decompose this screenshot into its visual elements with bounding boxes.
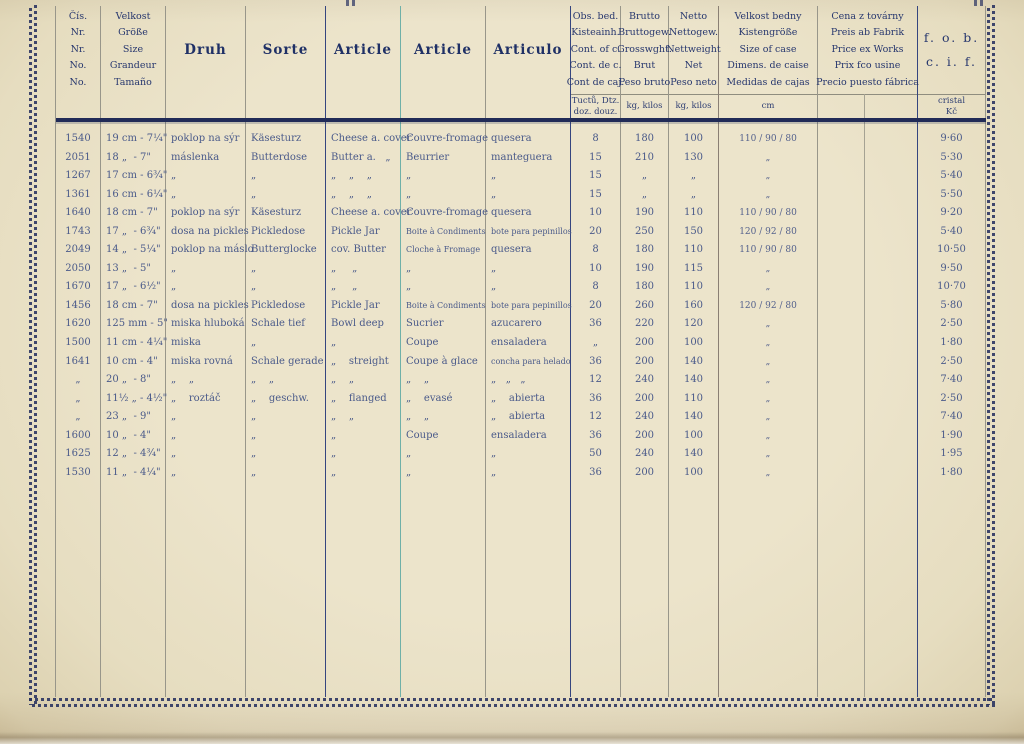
table-cell: quesera [486, 204, 570, 223]
page-bottom-edge [0, 732, 1024, 744]
column-contents: Obs. bed.Kisteainh.Cont. of c.Cont. de c… [571, 6, 621, 697]
header-line: Nr. [71, 42, 86, 59]
table-cell: 36 [571, 390, 620, 409]
table-cell: „ [486, 260, 570, 279]
table-cell: 12 [571, 408, 620, 427]
table-cell: 240 [621, 371, 668, 390]
table-cell: Bowl deep [326, 315, 400, 334]
table-cell: 1·95 [918, 445, 985, 464]
header-line: Nr. [71, 25, 86, 42]
table-cell: 20 „ - 8" [101, 371, 165, 390]
header-line: Articulo [493, 42, 562, 59]
table-cell: 7·40 [918, 371, 985, 390]
table-cell: 110 / 90 / 80 [719, 241, 817, 260]
table-cell: 10·70 [918, 278, 985, 297]
table-cell: quesera [486, 241, 570, 260]
table-cell: „ „ [246, 371, 325, 390]
header-contents: Obs. bed.Kisteainh.Cont. of c.Cont. de c… [571, 6, 620, 94]
table-cell: miska rovná [166, 353, 245, 372]
table-cell: „ [719, 371, 817, 390]
table-cell: „ [166, 186, 245, 205]
table-cell: Cheese a. cover [326, 130, 400, 149]
table-cell: cov. Butter [326, 241, 400, 260]
table-cell: „ [401, 464, 485, 483]
table-cell: „ [166, 445, 245, 464]
table-cell: 140 [669, 371, 718, 390]
table-cell: 1625 [56, 445, 100, 464]
table-cell: Schale tief [246, 315, 325, 334]
table-cell: 1500 [56, 334, 100, 353]
subheader-contents: Tuctů, Dtz. doz. douz. [571, 94, 620, 118]
table-cell: „ [621, 167, 668, 186]
price-column-inner-divider [864, 94, 865, 697]
table-cell: dosa na pickles [166, 223, 245, 242]
subheader-size [101, 94, 165, 118]
table-cell: máslenka [166, 149, 245, 168]
table-cell: „ „ [326, 408, 400, 427]
table-cell: „ [571, 334, 620, 353]
table-cell: Pickle Jar [326, 297, 400, 316]
table-cell: 17 cm - 6¾" [101, 167, 165, 186]
table-cell: „ [401, 260, 485, 279]
header-line: Größe [118, 25, 148, 42]
table-cell: „ [326, 464, 400, 483]
table-cell: 1670 [56, 278, 100, 297]
table-cell: „ abierta [486, 408, 570, 427]
table-cell: Käsesturz [246, 204, 325, 223]
table-cell: 140 [669, 353, 718, 372]
table-cell: 220 [621, 315, 668, 334]
table-cell: „ „ [326, 260, 400, 279]
table-cell [818, 260, 917, 279]
table-cell: 1267 [56, 167, 100, 186]
table-cell: 110 / 90 / 80 [719, 204, 817, 223]
table-cell: „ [246, 464, 325, 483]
column-articulo: Articuloqueseramanteguera„„queserabote p… [486, 6, 571, 697]
table-cell [818, 278, 917, 297]
table-cell: 1456 [56, 297, 100, 316]
table-cell [818, 297, 917, 316]
header-line: Preis ab Fabrik [831, 25, 904, 42]
header-line: Peso bruto [619, 75, 670, 92]
table-cell [818, 149, 917, 168]
table-cell: „ [246, 260, 325, 279]
table-cell [818, 408, 917, 427]
subheader-article-en [326, 94, 400, 118]
table-cell: 50 [571, 445, 620, 464]
table-cell: „ [719, 149, 817, 168]
table-cell: 100 [669, 464, 718, 483]
table-cell: Käsesturz [246, 130, 325, 149]
table-cell: „ [719, 445, 817, 464]
table-cell: 8 [571, 130, 620, 149]
table-cell: 15 [571, 149, 620, 168]
table-cell: 210 [621, 149, 668, 168]
table-cell: Butterdose [246, 149, 325, 168]
table-cell: „ roztáč [166, 390, 245, 409]
header-article-fr: Article [401, 6, 485, 94]
table-cell: „ [719, 167, 817, 186]
table-cell: Coupe à glace [401, 353, 485, 372]
column-cells: queseramanteguera„„queserabote para pepi… [486, 130, 570, 482]
table-cell: 19 cm - 7¼" [101, 130, 165, 149]
table-cell: „ [166, 278, 245, 297]
table-cell: „ „ [326, 371, 400, 390]
header-article-en: Article [326, 6, 400, 94]
column-case-size: Velkost bednyKistengrößeSize of caseDime… [719, 6, 818, 697]
table-cell: 12 „ - 4¾" [101, 445, 165, 464]
table-cell: 5·30 [918, 149, 985, 168]
table-cell: 9·50 [918, 260, 985, 279]
table-cell [818, 371, 917, 390]
table-cell: 250 [621, 223, 668, 242]
header-line: Cont. of c. [571, 42, 621, 59]
table-cell: 110 [669, 204, 718, 223]
table-cell [818, 445, 917, 464]
table-cell: 180 [621, 241, 668, 260]
table-cell: 150 [669, 223, 718, 242]
table-cell: 17 „ - 6¾" [101, 223, 165, 242]
column-cells: KäsesturzButterdose„„KäsesturzPickledose… [246, 130, 325, 482]
header-line: Cont de caj. [567, 75, 625, 92]
subheader-druh [166, 94, 245, 118]
table-cell: „ „ „ [326, 167, 400, 186]
table-cell: 9·60 [918, 130, 985, 149]
table-cell: quesera [486, 130, 570, 149]
table-cell: 190 [621, 260, 668, 279]
table-cell: „ [486, 186, 570, 205]
table-cell: Butter a. „ [326, 149, 400, 168]
table-cell: miska hluboká [166, 315, 245, 334]
table-cell: 140 [669, 445, 718, 464]
table-cell: „ [166, 427, 245, 446]
subheader-brutto: kg, kilos [621, 94, 668, 118]
table-cell: „ [719, 186, 817, 205]
table-cell: „ [401, 445, 485, 464]
table-cell: „ flanged [326, 390, 400, 409]
table-cell: „ [166, 167, 245, 186]
header-price-ex-works: Cena z továrnyPreis ab FabrikPrice ex Wo… [818, 6, 917, 94]
table-cell: 2·50 [918, 315, 985, 334]
header-line: Cont. de c. [569, 58, 621, 75]
table-cell: 115 [669, 260, 718, 279]
header-line: Druh [184, 42, 226, 59]
table-cell: 12 [571, 371, 620, 390]
table-cell: „ „ [401, 371, 485, 390]
header-line: Article [414, 42, 472, 59]
table-cell: 5·50 [918, 186, 985, 205]
table-cell [818, 186, 917, 205]
header-line: Netto [680, 9, 707, 26]
table-cell: 200 [621, 427, 668, 446]
table-cell: 10 [571, 260, 620, 279]
header-line: Precio puesto fábrica [816, 75, 919, 92]
table-cell: „ evasé [401, 390, 485, 409]
table-cell: 190 [621, 204, 668, 223]
table-cell: Coupe [401, 427, 485, 446]
subheader-sorte [246, 94, 325, 118]
table-cell: 8 [571, 241, 620, 260]
header-netto: NettoNettogew.NettweightNetPeso neto [669, 6, 718, 94]
header-line: Brut [634, 58, 655, 75]
table-cell: „ [56, 408, 100, 427]
table-cell: 240 [621, 408, 668, 427]
header-line: c. i. f. [926, 50, 977, 74]
header-line: Cena z továrny [831, 9, 903, 26]
column-cells: 19 cm - 7¼"18 „ - 7"17 cm - 6¾"16 cm - 6… [101, 130, 165, 482]
table-cell: „ [621, 186, 668, 205]
table-cell: 140 [669, 408, 718, 427]
table-cell: „ [326, 334, 400, 353]
table-cell: Pickledose [246, 223, 325, 242]
table-cell: „ [246, 427, 325, 446]
table-cell: 5·80 [918, 297, 985, 316]
table-cell: 200 [621, 390, 668, 409]
table-cell: 18 „ - 7" [101, 149, 165, 168]
column-cells: Couvre-fromageBeurrier„„Couvre-fromageBo… [401, 130, 485, 482]
header-divider-rule [56, 118, 986, 122]
table-cell: 110 [669, 241, 718, 260]
table-cell: 120 / 92 / 80 [719, 223, 817, 242]
subheader-articulo [486, 94, 570, 118]
subheader-number [56, 94, 100, 118]
table-cell: 2050 [56, 260, 100, 279]
table-cell: „ [486, 464, 570, 483]
table-cell: „ „ [166, 371, 245, 390]
table-cell: poklop na sýr [166, 130, 245, 149]
table-cell: „ streight [326, 353, 400, 372]
table-cell: 180 [621, 278, 668, 297]
table-cell: „ [246, 167, 325, 186]
header-articulo: Articulo [486, 6, 570, 94]
table-cell: „ [246, 186, 325, 205]
table-cell: „ [246, 408, 325, 427]
header-number: Čís.Nr.Nr.No.No. [56, 6, 100, 94]
subheader-case-size: cm [719, 94, 817, 118]
column-netto: NettoNettogew.NettweightNetPeso netokg, … [669, 6, 719, 697]
table-cell: 180 [621, 130, 668, 149]
table-cell: „ [719, 427, 817, 446]
subheader-netto: kg, kilos [669, 94, 718, 118]
table-cell: 10 cm - 4" [101, 353, 165, 372]
table-cell: dosa na pickles [166, 297, 245, 316]
table-cell: 100 [669, 334, 718, 353]
header-line: Size [123, 42, 143, 59]
table-cell: 100 [669, 130, 718, 149]
table-cell: 1620 [56, 315, 100, 334]
table-cell: ensaladera [486, 427, 570, 446]
table-cell: 160 [669, 297, 718, 316]
header-line: Sorte [263, 42, 309, 59]
table-cell: 120 / 92 / 80 [719, 297, 817, 316]
table-cell: „ [401, 186, 485, 205]
subheader-price-ex-works [818, 94, 917, 118]
price-list-table: Čís.Nr.Nr.No.No.154020511267136116401743… [55, 6, 986, 697]
stitched-border-right [987, 5, 996, 705]
table-cell: „ [326, 427, 400, 446]
table-cell: 200 [621, 353, 668, 372]
table-cell: „ [401, 278, 485, 297]
table-cell: 200 [621, 464, 668, 483]
table-cell: 110 [669, 278, 718, 297]
table-cell: „ [56, 390, 100, 409]
table-cell: poklop na máslo [166, 241, 245, 260]
column-cells: 9·605·305·405·509·205·4010·509·5010·705·… [918, 130, 985, 482]
table-cell: „ [719, 390, 817, 409]
table-cell: 110 [669, 390, 718, 409]
table-cell: „ „ [326, 278, 400, 297]
table-cell [818, 353, 917, 372]
column-size: VelkostGrößeSizeGrandeurTamaño19 cm - 7¼… [101, 6, 166, 697]
table-cell [818, 241, 917, 260]
header-line: Article [334, 42, 392, 59]
column-cells [818, 130, 917, 482]
table-cell: „ [401, 167, 485, 186]
header-line: Peso neto [670, 75, 716, 92]
table-cell: 1361 [56, 186, 100, 205]
subheader-article-fr [401, 94, 485, 118]
header-line: Grandeur [110, 58, 156, 75]
table-cell: Boite à Condiments [401, 223, 485, 242]
table-cell: 100 [669, 427, 718, 446]
table-cell: „ [166, 408, 245, 427]
column-article-en: ArticleCheese a. coverButter a. „„ „ „„ … [326, 6, 401, 697]
header-line: Bruttogew. [618, 25, 671, 42]
header-line: Čís. [69, 9, 87, 26]
table-cell: poklop na sýr [166, 204, 245, 223]
header-line: Nettogew. [669, 25, 718, 42]
table-cell: azucarero [486, 315, 570, 334]
table-cell: 11 cm - 4¼" [101, 334, 165, 353]
table-cell: 1743 [56, 223, 100, 242]
header-line: Tamaño [114, 75, 152, 92]
table-cell: 20 [571, 297, 620, 316]
table-cell: „ [719, 260, 817, 279]
table-cell: 2·50 [918, 353, 985, 372]
table-cell: 1·90 [918, 427, 985, 446]
table-cell: Coupe [401, 334, 485, 353]
table-cell: 9·20 [918, 204, 985, 223]
table-cell: manteguera [486, 149, 570, 168]
table-cell: 36 [571, 315, 620, 334]
table-cell: 120 [669, 315, 718, 334]
table-cell: „ „ „ [486, 371, 570, 390]
table-cell: „ [719, 353, 817, 372]
header-brutto: BruttoBruttogew.Grosswght.BrutPeso bruto [621, 6, 668, 94]
table-cell: „ geschw. [246, 390, 325, 409]
table-cell: concha para helado [486, 353, 570, 372]
table-cell: Beurrier [401, 149, 485, 168]
table-cell [818, 167, 917, 186]
table-cell: „ [166, 260, 245, 279]
table-cell: 1600 [56, 427, 100, 446]
column-price-ex-works: Cena z továrnyPreis ab FabrikPrice ex Wo… [818, 6, 918, 697]
table-cell: Cheese a. cover [326, 204, 400, 223]
column-cells: 180210„„19025018019018026022020020024020… [621, 130, 668, 482]
column-cells: Cheese a. coverButter a. „„ „ „„ „ „Chee… [326, 130, 400, 482]
table-cell: 7·40 [918, 408, 985, 427]
stitched-border-left [29, 5, 38, 705]
table-cell: „ [486, 278, 570, 297]
table-cell [818, 130, 917, 149]
header-line: Net [685, 58, 703, 75]
table-cell: 16 cm - 6¼" [101, 186, 165, 205]
column-cells: 8151515102081082036„36123612365036 [571, 130, 620, 482]
table-cell: „ [246, 445, 325, 464]
table-cell: miska [166, 334, 245, 353]
header-line: Grosswght. [617, 42, 672, 59]
column-sorte: SorteKäsesturzButterdose„„KäsesturzPickl… [246, 6, 326, 697]
table-cell: „ „ [401, 408, 485, 427]
table-cell: „ [246, 334, 325, 353]
table-cell: 1641 [56, 353, 100, 372]
table-cell: 36 [571, 427, 620, 446]
table-cell: „ abierta [486, 390, 570, 409]
table-cell: Cloche à Fromage [401, 241, 485, 260]
table-cell [818, 223, 917, 242]
table-cell: 240 [621, 445, 668, 464]
table-cell: „ [486, 445, 570, 464]
table-cell: Couvre-fromage [401, 204, 485, 223]
table-cell [818, 427, 917, 446]
header-sorte: Sorte [246, 6, 325, 94]
table-cell: 15 [571, 186, 620, 205]
table-cell: 36 [571, 353, 620, 372]
column-cells: poklop na sýrmáslenka„„poklop na sýrdosa… [166, 130, 245, 482]
table-cell: 15 [571, 167, 620, 186]
column-cells: 100130„„11015011011511016012010014014011… [669, 130, 718, 482]
table-cell: „ [246, 278, 325, 297]
table-cell: 8 [571, 278, 620, 297]
table-cell: ensaladera [486, 334, 570, 353]
table-cell: „ „ „ [326, 186, 400, 205]
column-article-fr: ArticleCouvre-fromageBeurrier„„Couvre-fr… [401, 6, 486, 697]
table-cell: 18 cm - 7" [101, 204, 165, 223]
table-cell: 110 / 90 / 80 [719, 130, 817, 149]
table-cell: 36 [571, 464, 620, 483]
table-cell: Couvre-fromage [401, 130, 485, 149]
table-cell: 20 [571, 223, 620, 242]
table-cell: 10 „ - 4" [101, 427, 165, 446]
table-cell: 1530 [56, 464, 100, 483]
table-cell [818, 390, 917, 409]
column-cells: 110 / 90 / 80„„„110 / 90 / 80120 / 92 / … [719, 130, 817, 482]
stitched-border-bottom [29, 698, 995, 707]
header-line: Kisteainh. [571, 25, 619, 42]
table-cell: „ [719, 315, 817, 334]
header-line: Medidas de cajas [726, 75, 809, 92]
table-cell: „ [56, 371, 100, 390]
table-cell: 2049 [56, 241, 100, 260]
table-cell: bote para pepinillos [486, 223, 570, 242]
table-cell: „ [719, 278, 817, 297]
header-line: Obs. bed. [573, 9, 619, 26]
table-cell: „ [719, 334, 817, 353]
table-cell: 1·80 [918, 464, 985, 483]
table-cell: „ [669, 167, 718, 186]
table-cell: 13 „ - 5" [101, 260, 165, 279]
table-cell: 260 [621, 297, 668, 316]
table-cell: 10·50 [918, 241, 985, 260]
table-cell: 130 [669, 149, 718, 168]
column-number: Čís.Nr.Nr.No.No.154020511267136116401743… [56, 6, 101, 697]
header-druh: Druh [166, 6, 245, 94]
header-line: Brutto [629, 9, 660, 26]
header-line: Velkost bedny [734, 9, 801, 26]
column-brutto: BruttoBruttogew.Grosswght.BrutPeso bruto… [621, 6, 669, 697]
table-cell [818, 204, 917, 223]
table-cell: „ [326, 445, 400, 464]
